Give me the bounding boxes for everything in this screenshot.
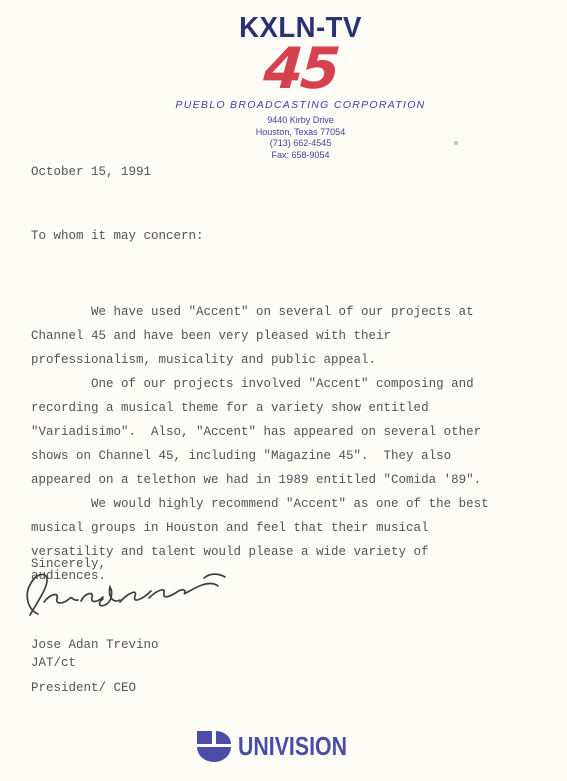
address-line: 9440 Kirby Drive [34, 115, 567, 127]
univision-footer: UNIVISION [0, 731, 567, 762]
letter-body: We have used "Accent" on several of our … [31, 258, 489, 588]
univision-wordmark: UNIVISION [238, 731, 347, 762]
letter-body-line: "Variadisimo". Also, "Accent" has appear… [31, 420, 489, 444]
signer-name: Jose Adan Trevino [31, 638, 159, 653]
letter-body-line: We would highly recommend "Accent" as on… [31, 492, 489, 516]
letterhead: KXLN-TV 45 PUEBLO BROADCASTING CORPORATI… [34, 14, 567, 161]
address-line: (713) 662-4545 [34, 138, 567, 150]
letter-body-line: shows on Channel 45, including "Magazine… [31, 444, 489, 468]
letter-closing: Sincerely, [31, 557, 106, 571]
address-line: Houston, Texas 77054 [34, 127, 567, 139]
address-block: 9440 Kirby DriveHouston, Texas 77054(713… [34, 115, 567, 161]
letter-body-line: musical groups in Houston and feel that … [31, 516, 489, 540]
letter-body-line: professionalism, musicality and public a… [31, 348, 489, 372]
letter-body-line: appeared on a telethon we had in 1989 en… [31, 468, 489, 492]
letter-page: KXLN-TV 45 PUEBLO BROADCASTING CORPORATI… [0, 0, 567, 781]
reference-initials: JAT/ct [31, 656, 76, 670]
signer-title: President/ CEO [31, 681, 159, 696]
address-line: Fax: 658-9054 [34, 150, 567, 162]
letter-body-line: One of our projects involved "Accent" co… [31, 372, 489, 396]
letter-body-line: Channel 45 and have been very pleased wi… [31, 324, 489, 348]
letter-salutation: To whom it may concern: [31, 229, 204, 243]
letter-date: October 15, 1991 [31, 165, 151, 179]
channel-45-logo: 45 [32, 42, 567, 97]
scan-artifact [454, 141, 458, 145]
univision-u-icon [197, 731, 231, 762]
letter-body-line: recording a musical theme for a variety … [31, 396, 489, 420]
letter-body-line: We have used "Accent" on several of our … [31, 300, 489, 324]
